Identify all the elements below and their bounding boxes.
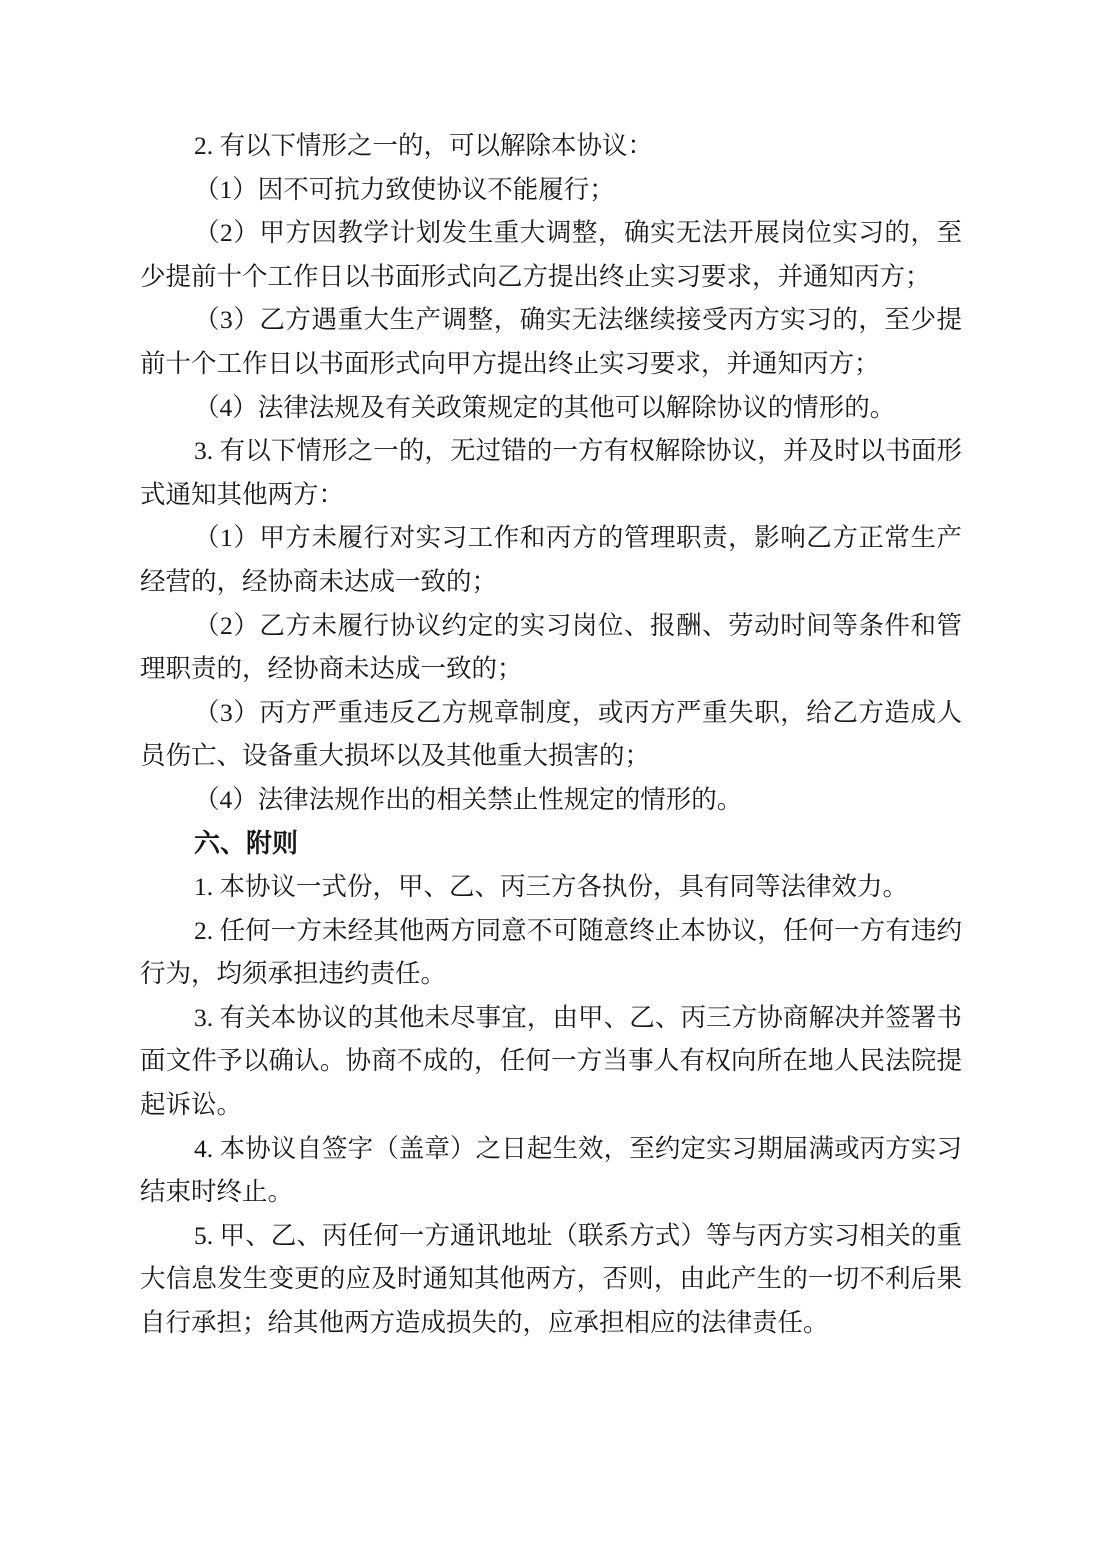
text-line: 4. 本协议自签字（盖章）之日起生效，至约定实习期届满或丙方实习 — [140, 1127, 962, 1171]
text-line: 1. 本协议一式份，甲、乙、丙三方各执份，具有同等法律效力。 — [140, 865, 962, 909]
text-line: 少提前十个工作日以书面形式向乙方提出终止实习要求，并通知丙方； — [140, 255, 962, 299]
text-line: （2）乙方未履行协议约定的实习岗位、报酬、劳动时间等条件和管 — [140, 604, 962, 648]
text-line: （4）法律法规及有关政策规定的其他可以解除协议的情形的。 — [140, 386, 962, 430]
text-line: 行为，均须承担违约责任。 — [140, 952, 962, 996]
text-line: （4）法律法规作出的相关禁止性规定的情形的。 — [140, 778, 962, 822]
text-line: （1）因不可抗力致使协议不能履行； — [140, 168, 962, 212]
section-heading: 六、附则 — [140, 822, 962, 866]
text-line: 前十个工作日以书面形式向甲方提出终止实习要求，并通知丙方； — [140, 342, 962, 386]
text-line: 起诉讼。 — [140, 1083, 962, 1127]
text-line: （2）甲方因教学计划发生重大调整，确实无法开展岗位实习的，至 — [140, 211, 962, 255]
text-line: 理职责的，经协商未达成一致的； — [140, 647, 962, 691]
text-line: 经营的，经协商未达成一致的； — [140, 560, 962, 604]
text-line: 员伤亡、设备重大损坏以及其他重大损害的； — [140, 734, 962, 778]
text-line: 3. 有以下情形之一的，无过错的一方有权解除协议，并及时以书面形 — [140, 429, 962, 473]
text-line: 自行承担；给其他两方造成损失的，应承担相应的法律责任。 — [140, 1301, 962, 1345]
text-line: （3）乙方遇重大生产调整，确实无法继续接受丙方实习的，至少提 — [140, 298, 962, 342]
text-line: 大信息发生变更的应及时通知其他两方，否则，由此产生的一切不利后果 — [140, 1257, 962, 1301]
text-line: 结束时终止。 — [140, 1170, 962, 1214]
text-line: （3）丙方严重违反乙方规章制度，或丙方严重失职，给乙方造成人 — [140, 691, 962, 735]
text-line: 5. 甲、乙、丙任何一方通讯地址（联系方式）等与丙方实习相关的重 — [140, 1214, 962, 1258]
document-body: 2. 有以下情形之一的，可以解除本协议：（1）因不可抗力致使协议不能履行；（2）… — [140, 124, 962, 1345]
text-line: 面文件予以确认。协商不成的，任何一方当事人有权向所在地人民法院提 — [140, 1039, 962, 1083]
text-line: 2. 任何一方未经其他两方同意不可随意终止本协议，任何一方有违约 — [140, 909, 962, 953]
text-line: 式通知其他两方： — [140, 473, 962, 517]
text-line: 3. 有关本协议的其他未尽事宜，由甲、乙、丙三方协商解决并签署书 — [140, 996, 962, 1040]
text-line: （1）甲方未履行对实习工作和丙方的管理职责，影响乙方正常生产 — [140, 516, 962, 560]
document-page: 2. 有以下情形之一的，可以解除本协议：（1）因不可抗力致使协议不能履行；（2）… — [0, 0, 1102, 1559]
text-line: 2. 有以下情形之一的，可以解除本协议： — [140, 124, 962, 168]
